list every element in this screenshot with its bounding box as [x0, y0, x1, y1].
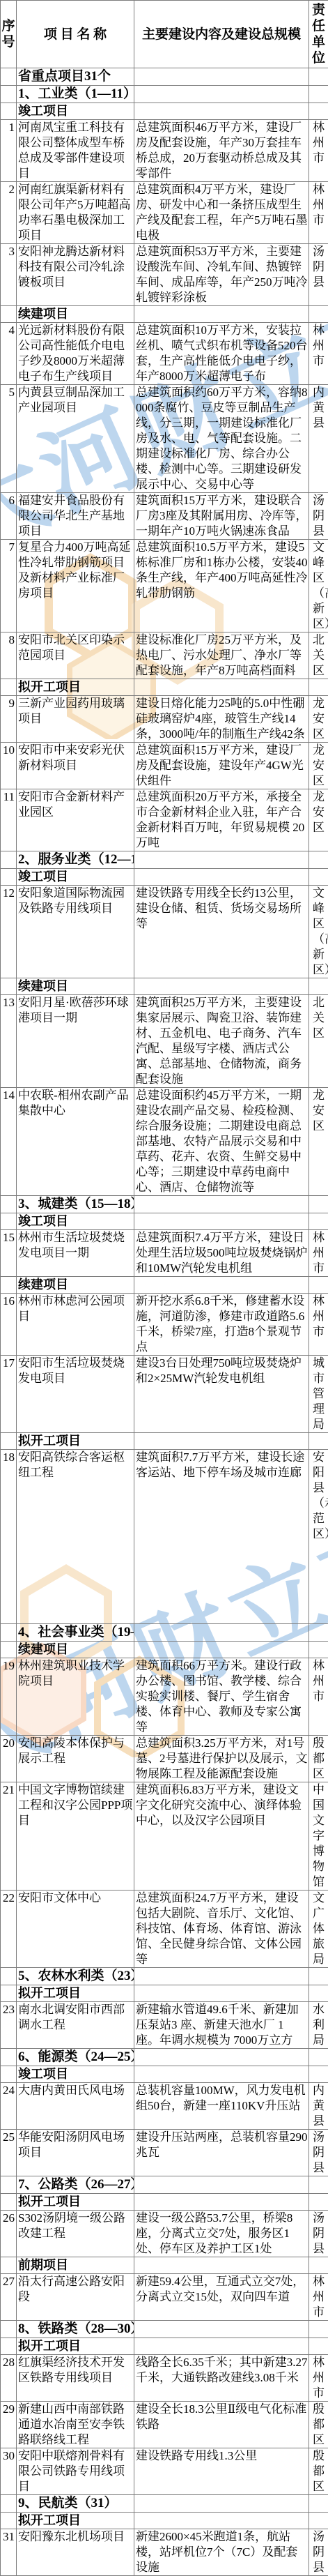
status-title: 拟开工项目 — [17, 679, 134, 696]
project-row-4: 4光远新材料股份有限公司高性能低介电电子纱及8000万米超薄电子布生产线项目总建… — [1, 323, 328, 385]
status-title: 续建项目 — [17, 1277, 134, 1294]
project-description: 总建筑面积4万平方米，建设厂房、研发中心和一条挤压成型生产线及配套工程，年产5万… — [134, 182, 309, 244]
project-row-10: 10安阳市中来安彩光伏新材料项目总建筑面积15万平方米，建设厂房及配套设施，建设… — [1, 743, 328, 789]
status-title: 续建项目 — [17, 978, 134, 995]
project-description: 总装机容量100MW，风力发电机组50台，新建一座110KV升压站 — [134, 2083, 309, 2130]
status-row: 竣工项目 — [1, 1213, 328, 1230]
project-row-3: 3安阳神龙腾达新材料科技有限公司冷轧涂镀板项目总建筑面积53万平方米，主要建设酸… — [1, 244, 328, 306]
col-header-responsible-unit: 责任单位 — [309, 1, 328, 68]
project-row-17: 17安阳市生活垃圾焚烧发电项目建设3台日处理750吨垃圾焚烧炉和2×25MW汽轮… — [1, 1356, 328, 1433]
responsible-unit: 林州市 — [309, 323, 328, 385]
project-row-19: 19林州建筑职业技术学院项目建筑面积66万平方米。建设行政办公楼、图书馆、教学楼… — [1, 1658, 328, 1736]
responsible-unit: 内黄县 — [309, 2083, 328, 2130]
project-number: 9 — [1, 696, 17, 743]
project-description: 建设全长18.3公里Ⅱ级电气化标准铁路 — [134, 2402, 309, 2448]
project-row-2: 2河南红旗渠新材料有限公司年产5万吨超高功率石墨电极深加工项目总建筑面积4万平方… — [1, 182, 328, 244]
col-header-construction-content: 主要建设内容及建设总规模 — [134, 1, 309, 68]
responsible-unit: 文峰区（高新区） — [309, 540, 328, 632]
responsible-unit: 中国文字博物馆 — [309, 1782, 328, 1891]
status-title: 拟开工项目 — [17, 1985, 134, 2002]
header-row: 序号 项 目 名 称 主要建设内容及建设总规模 责任单位 — [1, 1, 328, 68]
status-row: 竣工项目 — [1, 869, 328, 886]
responsible-unit: 汤阴县 — [309, 2130, 328, 2176]
responsible-unit: 林州市 — [309, 182, 328, 244]
project-row-7: 7复星合力400万吨高延性冷轧带肋钢筋项目及新材料产业标准厂房项目总建筑面积10… — [1, 540, 328, 632]
project-row-8: 8安阳市北关区印染示范园项目建设标准化厂房25万平方米，及热电厂、污水处理厂、净… — [1, 632, 328, 679]
project-number: 17 — [1, 1356, 17, 1433]
project-number: 5 — [1, 385, 17, 493]
project-description: 总建筑面积53万平方米，主要建设酸洗车间、冷轧车间、热镀锌车间、成品库等，年产2… — [134, 244, 309, 306]
responsible-unit: 龙安区 — [309, 696, 328, 743]
project-row-30: 30安阳中联熔剂骨料有限公司铁路专用线项目建设铁路专用线1.3公里殷都区 — [1, 2448, 328, 2495]
status-row: 续建项目 — [1, 306, 328, 323]
project-number: 14 — [1, 1088, 17, 1196]
status-title: 竣工项目 — [17, 2066, 134, 2083]
responsible-unit: 林州市 — [309, 2274, 328, 2321]
project-description: 总建筑面积3.25万平方米，对1号墓、2号墓进行保护以及展示，文物展陈工程及能源… — [134, 1736, 309, 1782]
project-description: 新开挖水系6.8千米，修建蓄水设施，河道防渗，修建市政道路5.6千米，桥梁7座，… — [134, 1294, 309, 1356]
status-row: 拟开工项目 — [1, 2513, 328, 2529]
project-name: 林州建筑职业技术学院项目 — [17, 1658, 134, 1736]
responsible-unit: 城市管理局 — [309, 1356, 328, 1433]
responsible-unit: 汤阴县 — [309, 2529, 328, 2576]
project-number: 4 — [1, 323, 17, 385]
responsible-unit: 文峰区（高新区） — [309, 886, 328, 978]
project-name: 新建山西中南部铁路通道水冶南至安李铁路联络线工程 — [17, 2402, 134, 2448]
project-row-16: 16林州市林虑河公园项目新开挖水系6.8千米，修建蓄水设施，河道防渗，修建市政道… — [1, 1294, 328, 1356]
status-title: 拟开工项目 — [17, 2513, 134, 2529]
project-number: 7 — [1, 540, 17, 632]
project-name: 复星合力400万吨高延性冷轧带肋钢筋项目及新材料产业标准厂房项目 — [17, 540, 134, 632]
project-name: 中农联-相州农副产品集散中心 — [17, 1088, 134, 1196]
responsible-unit: 汤阴县 — [309, 244, 328, 306]
project-name: 安阳市生活垃圾焚烧发电项目 — [17, 1356, 134, 1433]
project-row-18: 18安阳高铁综合客运枢纽工程建筑面积7.7万平方米，建设长途客运站、地下停车场及… — [1, 1450, 328, 1624]
responsible-unit: 林州市 — [309, 1658, 328, 1736]
project-number: 11 — [1, 789, 17, 851]
responsible-unit: 龙安区 — [309, 789, 328, 851]
project-name: 南水北调安阳市西部调水工程 — [17, 2002, 134, 2049]
project-number: 26 — [1, 2211, 17, 2257]
project-name: S302汤阴境一级公路改建工程 — [17, 2211, 134, 2257]
project-description: 总建筑面积15万平方米，建设厂房及配套设施，建设年产4GW光伏组件 — [134, 743, 309, 789]
status-row: 前期项目 — [1, 2257, 328, 2274]
status-row: 拟开工项目 — [1, 679, 328, 696]
section-title: 7、公路类（26—27） — [17, 2176, 134, 2194]
project-name: 安阳市中来安彩光伏新材料项目 — [17, 743, 134, 789]
responsible-unit: 龙安区 — [309, 743, 328, 789]
project-description: 总建筑面积10万平方米，安装拉丝机、喷气式织布机等设备520台套，生产高性能低介… — [134, 323, 309, 385]
project-row-22: 22安阳市文体中心总建筑面积24.7万平方米，建设包括大剧院、音乐厅、文化馆、科… — [1, 1891, 328, 1968]
project-name: 大唐内黄田氏风电场 — [17, 2083, 134, 2130]
project-description: 建筑面积15万平方米，建设联合厂房3座及其附属用房、冷库等，一期年产10万吨火锅… — [134, 493, 309, 540]
table-header: 序号 项 目 名 称 主要建设内容及建设总规模 责任单位 — [1, 1, 328, 68]
responsible-unit: 殷都区 — [309, 2448, 328, 2495]
project-number: 29 — [1, 2402, 17, 2448]
project-description: 建筑面积25万平方米，主要建设集家居展示、陶瓷卫浴、装饰建材、五金机电、电子商务… — [134, 995, 309, 1088]
project-name: 安阳月星·欧蓓莎环球港项目一期 — [17, 995, 134, 1088]
project-number: 1 — [1, 120, 17, 182]
project-name: 林州市生活垃圾焚烧发电项目一期 — [17, 1230, 134, 1277]
project-name: 红旗渠经济技术开发区铁路专用线项目 — [17, 2355, 134, 2402]
section-title: 6、能源类（24—25） — [17, 2049, 134, 2066]
project-row-27: 27沿太行高速公路安阳段新建59.4公里，互通式立交7处，分离式立交15处，双向… — [1, 2274, 328, 2321]
section-row: 6、能源类（24—25） — [1, 2049, 328, 2066]
project-name: 林州市林虑河公园项目 — [17, 1294, 134, 1356]
project-number: 23 — [1, 2002, 17, 2049]
status-row: 拟开工项目 — [1, 1433, 328, 1450]
status-row: 续建项目 — [1, 978, 328, 995]
project-description: 建设铁路专用线1.3公里 — [134, 2448, 309, 2495]
project-name: 中国文字博物馆续建工程和汉字公园PPP项目 — [17, 1782, 134, 1891]
project-number: 15 — [1, 1230, 17, 1277]
project-number: 16 — [1, 1294, 17, 1356]
project-row-9: 9三新产业园药用玻璃项目建设日熔化能力25吨的5.0中性硼硅玻璃窑炉4座，玻管生… — [1, 696, 328, 743]
project-number: 3 — [1, 244, 17, 306]
project-row-26: 26S302汤阴境一级公路改建工程建设一级公路53.7公里，桥梁8座，分离式立交… — [1, 2211, 328, 2257]
responsible-unit: 安阳县（示范区） — [309, 1450, 328, 1624]
project-number: 24 — [1, 2083, 17, 2130]
project-description: 线路全长6.35千米；其中新建3.27千米，大通铁路改建线3.08千米 — [134, 2355, 309, 2402]
project-number: 12 — [1, 886, 17, 978]
responsible-unit: 内黄县 — [309, 385, 328, 493]
project-number: 2 — [1, 182, 17, 244]
project-description: 建筑面积7.7万平方米，建设长途客运站、地下停车场及城市连廊 — [134, 1450, 309, 1624]
section-row: 2、服务业类（12—14） — [1, 851, 328, 869]
status-title: 拟开工项目 — [17, 2338, 134, 2355]
project-description: 建设升压站两座，总装机容量290兆瓦 — [134, 2130, 309, 2176]
status-title: 竣工项目 — [17, 869, 134, 886]
project-row-24: 24大唐内黄田氏风电场总装机容量100MW，风力发电机组50台，新建一座110K… — [1, 2083, 328, 2130]
project-description: 总建筑面积24.7万平方米，建设包括大剧院、音乐厅、文化馆、科技馆、体育场、体育… — [134, 1891, 309, 1968]
document-page: 大河财立方Fortune Cube 大河财立方Fortune Cube 序号 项… — [0, 0, 328, 2576]
responsible-unit: 林州市 — [309, 1294, 328, 1356]
project-name: 河南凤宝重工科技有限公司整体成型车桥总成及零部件建设项目 — [17, 120, 134, 182]
project-number: 22 — [1, 1891, 17, 1968]
project-number: 20 — [1, 1736, 17, 1782]
project-name: 河南红旗渠新材料有限公司年产5万吨超高功率石墨电极深加工项目 — [17, 182, 134, 244]
status-row: 拟开工项目 — [1, 1985, 328, 2002]
status-row: 拟开工项目 — [1, 2338, 328, 2355]
status-title: 竣工项目 — [17, 103, 134, 120]
section-row: 9、民航类（31） — [1, 2495, 328, 2513]
section-row: 5、农林水利类（23） — [1, 1968, 328, 1985]
project-description: 总建设面积约45万平方米，一期建设农副产品交易、检疫检测、综合服务设施；二期建设… — [134, 1088, 309, 1196]
responsible-unit: 林州市 — [309, 1230, 328, 1277]
status-row: 竣工项目 — [1, 2066, 328, 2083]
project-description: 总建筑面积46万平方米，建设厂房及配套设施，年产30万套挂车桥总成，20万套驱动… — [134, 120, 309, 182]
project-number: 6 — [1, 493, 17, 540]
status-row: 竣工项目 — [1, 103, 328, 120]
responsible-unit: 殷都区 — [309, 2402, 328, 2448]
project-row-5: 5内黄县豆制品深加工产业园项目总建筑面积约60万平方米，容纳8000条腐竹、豆皮… — [1, 385, 328, 493]
project-number: 10 — [1, 743, 17, 789]
project-name: 光远新材料股份有限公司高性能低介电电子纱及8000万米超薄电子布生产线项目 — [17, 323, 134, 385]
section-row: 8、铁路类（28—30） — [1, 2321, 328, 2338]
status-row: 续建项目 — [1, 1642, 328, 1658]
col-header-index: 序号 — [1, 1, 17, 68]
project-row-1: 1河南凤宝重工科技有限公司整体成型车桥总成及零部件建设项目总建筑面积46万平方米… — [1, 120, 328, 182]
table-body: 省重点项目31个1、工业类（1—11）竣工项目1河南凤宝重工科技有限公司整体成型… — [1, 68, 328, 2576]
project-number: 13 — [1, 995, 17, 1088]
project-description: 建设日熔化能力25吨的5.0中性硼硅玻璃窑炉4座，玻管生产线14条，3000吨/… — [134, 696, 309, 743]
responsible-unit: 林州市 — [309, 2355, 328, 2402]
project-name: 安阳市合金新材料产业园区 — [17, 789, 134, 851]
project-name: 安阳市文体中心 — [17, 1891, 134, 1968]
section-title: 5、农林水利类（23） — [17, 1968, 134, 1985]
section-title: 省重点项目31个 — [17, 68, 134, 86]
project-row-14: 14中农联-相州农副产品集散中心总建设面积约45万平方米，一期建设农副产品交易、… — [1, 1088, 328, 1196]
project-description: 总建筑面积10.5万平方米，建设5栋标准厂房和1栋办公楼，安装40条生产线，年产… — [134, 540, 309, 632]
responsible-unit: 文广体旅局 — [309, 1891, 328, 1968]
projects-table: 序号 项 目 名 称 主要建设内容及建设总规模 责任单位 省重点项目31个1、工… — [0, 0, 328, 2576]
project-description: 建筑面积6.83万平方米，建设文字文化研究交流中心、演绎体验中心，以及汉字公园项… — [134, 1782, 309, 1891]
project-row-25: 25华能安阳汤阴风电场项目建设升压站两座，总装机容量290兆瓦汤阴县 — [1, 2130, 328, 2176]
project-description: 建设3台日处理750吨垃圾焚烧炉和2×25MW汽轮发电机组 — [134, 1356, 309, 1433]
project-description: 总建筑面积20万平方米，承接全市合金新材料企业入驻，年产合金新材料百万吨，年贸易… — [134, 789, 309, 851]
project-description: 总建筑面积7.4万平方米，建设日处理生活垃圾500吨垃圾焚烧锅炉和10MW汽轮发… — [134, 1230, 309, 1277]
project-description: 新建59.4公里，互通式立交7处，分离式立交15处，双向四车道 — [134, 2274, 309, 2321]
status-row: 拟开工项目 — [1, 2194, 328, 2211]
project-row-28: 28红旗渠经济技术开发区铁路专用线项目线路全长6.35千米；其中新建3.27千米… — [1, 2355, 328, 2402]
project-name: 安阳象道国际物流园及铁路专用线项目 — [17, 886, 134, 978]
section-title: 8、铁路类（28—30） — [17, 2321, 134, 2338]
project-description: 建设标准化厂房25万平方米，及热电厂、污水处理厂、净水厂等配套设施，年产8万吨高… — [134, 632, 309, 679]
project-number: 19 — [1, 1658, 17, 1736]
section-title: 4、社会事业类（19— — [17, 1624, 134, 1642]
project-name: 安阳神龙腾达新材料科技有限公司冷轧涂镀板项目 — [17, 244, 134, 306]
project-row-11: 11安阳市合金新材料产业园区总建筑面积20万平方米，承接全市合金新材料企业入驻，… — [1, 789, 328, 851]
project-number: 27 — [1, 2274, 17, 2321]
project-number: 18 — [1, 1450, 17, 1624]
section-row: 1、工业类（1—11） — [1, 86, 328, 103]
status-title: 续建项目 — [17, 1642, 134, 1658]
project-row-15: 15林州市生活垃圾焚烧发电项目一期总建筑面积7.4万平方米，建设日处理生活垃圾5… — [1, 1230, 328, 1277]
section-title: 9、民航类（31） — [17, 2495, 134, 2513]
project-number: 28 — [1, 2355, 17, 2402]
responsible-unit: 殷都区 — [309, 1736, 328, 1782]
responsible-unit: 水利局 — [309, 2002, 328, 2049]
status-title: 前期项目 — [17, 2257, 134, 2274]
project-description: 建筑面积66万平方米。建设行政办公楼、图书馆、教学楼、综合实验实训楼、餐厅、学生… — [134, 1658, 309, 1736]
project-number: 8 — [1, 632, 17, 679]
project-description: 建设铁路专用线全长约13公里，建设仓储、租赁、货场交易场所等 — [134, 886, 309, 978]
section-title: 3、城建类（15—18） — [17, 1196, 134, 1213]
status-title: 竣工项目 — [17, 1213, 134, 1230]
project-description: 新建输水管道49.6千米、新建加压泵站3 座、新建天池水厂 1 座。年调水规模为… — [134, 2002, 309, 2049]
project-name: 福建安井食品股份有限公司华北生产基地项目 — [17, 493, 134, 540]
section-row: 7、公路类（26—27） — [1, 2176, 328, 2194]
responsible-unit: 龙安区 — [309, 1088, 328, 1196]
project-description: 建设一级公路53.7公里，桥梁8座，分离式立交7处，服务区1处、停车区及养护工区… — [134, 2211, 309, 2257]
project-name: 安阳市北关区印染示范园项目 — [17, 632, 134, 679]
project-row-20: 20安阳高陵本体保护与展示工程总建筑面积3.25万平方米，对1号墓、2号墓进行保… — [1, 1736, 328, 1782]
project-number: 30 — [1, 2448, 17, 2495]
project-name: 安阳中联熔剂骨料有限公司铁路专用线项目 — [17, 2448, 134, 2495]
project-name: 沿太行高速公路安阳段 — [17, 2274, 134, 2321]
project-name: 三新产业园药用玻璃项目 — [17, 696, 134, 743]
project-row-13: 13安阳月星·欧蓓莎环球港项目一期建筑面积25万平方米，主要建设集家居展示、陶瓷… — [1, 995, 328, 1088]
project-row-6: 6福建安井食品股份有限公司华北生产基地项目建筑面积15万平方米，建设联合厂房3座… — [1, 493, 328, 540]
section-row: 3、城建类（15—18） — [1, 1196, 328, 1213]
section-title: 2、服务业类（12—14） — [17, 851, 134, 869]
project-row-31: 31安阳豫东北机场项目新建2600×45米跑道1条，航站楼，站坪机位7个（7C）… — [1, 2529, 328, 2576]
project-row-23: 23南水北调安阳市西部调水工程新建输水管道49.6千米、新建加压泵站3 座、新建… — [1, 2002, 328, 2049]
project-number: 31 — [1, 2529, 17, 2576]
status-title: 拟开工项目 — [17, 2194, 134, 2211]
project-description: 总建筑面积约60万平方米，容纳8000条腐竹、豆皮等豆制品生产线，分三期，一期建… — [134, 385, 309, 493]
section-row: 省重点项目31个 — [1, 68, 328, 86]
responsible-unit: 汤阴县 — [309, 2211, 328, 2257]
responsible-unit: 汤阴县 — [309, 493, 328, 540]
responsible-unit: 北关区 — [309, 632, 328, 679]
project-name: 安阳高铁综合客运枢纽工程 — [17, 1450, 134, 1624]
project-row-12: 12安阳象道国际物流园及铁路专用线项目建设铁路专用线全长约13公里，建设仓储、租… — [1, 886, 328, 978]
project-row-21: 21中国文字博物馆续建工程和汉字公园PPP项目建筑面积6.83万平方米，建设文字… — [1, 1782, 328, 1891]
project-number: 25 — [1, 2130, 17, 2176]
project-description: 新建2600×45米跑道1条，航站楼，站坪机位7个（7C）及配套设施 — [134, 2529, 309, 2576]
status-row: 续建项目 — [1, 1277, 328, 1294]
project-name: 安阳高陵本体保护与展示工程 — [17, 1736, 134, 1782]
section-title: 1、工业类（1—11） — [17, 86, 134, 103]
section-row: 4、社会事业类（19— — [1, 1624, 328, 1642]
responsible-unit: 北关区 — [309, 995, 328, 1088]
project-name: 华能安阳汤阴风电场项目 — [17, 2130, 134, 2176]
project-name: 内黄县豆制品深加工产业园项目 — [17, 385, 134, 493]
status-title: 拟开工项目 — [17, 1433, 134, 1450]
project-number: 21 — [1, 1782, 17, 1891]
status-title: 续建项目 — [17, 306, 134, 323]
responsible-unit: 林州市 — [309, 120, 328, 182]
col-header-project-name: 项 目 名 称 — [17, 1, 134, 68]
project-row-29: 29新建山西中南部铁路通道水冶南至安李铁路联络线工程建设全长18.3公里Ⅱ级电气… — [1, 2402, 328, 2448]
project-name: 安阳豫东北机场项目 — [17, 2529, 134, 2576]
